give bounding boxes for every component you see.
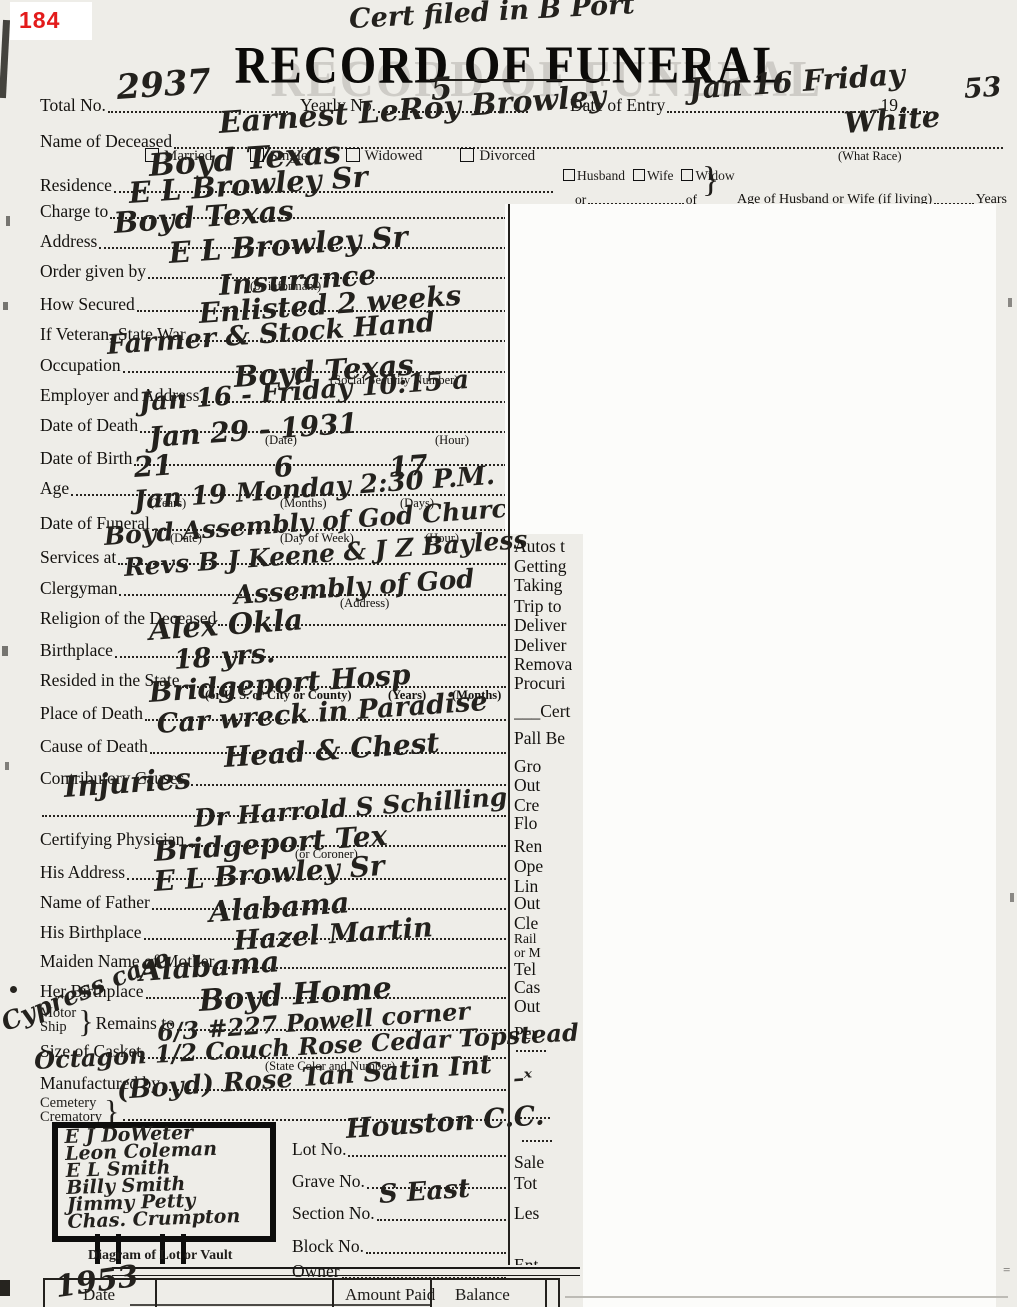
field-label: Name of Father	[40, 892, 150, 913]
clipped-label: Deliver	[514, 635, 566, 656]
field-label: His Address	[40, 862, 125, 883]
field-label: How Secured	[40, 294, 135, 315]
dotted-leader	[516, 1115, 550, 1119]
clipped-label: Out	[514, 775, 540, 796]
overlay-page-blank	[583, 534, 996, 1307]
handwriting-fragment: –ˣ	[514, 1065, 533, 1092]
clipped-label: Out	[514, 893, 540, 914]
field-label: Block No.	[292, 1236, 364, 1257]
clipped-label: Ent	[514, 1255, 538, 1265]
clipped-label: Per	[514, 1023, 537, 1044]
table-column-border	[43, 1278, 45, 1307]
scan-artifact	[3, 302, 8, 310]
page-number: 184	[19, 7, 60, 34]
field-label: Section No.	[292, 1203, 375, 1224]
scan-artifact	[10, 986, 17, 993]
year-value-handwritten: 53	[963, 71, 1003, 105]
scan-artifact	[0, 20, 10, 98]
brace-glyph: }	[700, 166, 721, 192]
table-column-border	[545, 1278, 547, 1307]
clipped-label: Deliver	[514, 615, 566, 636]
pallbearer-names: E J DoWeter Leon Coleman E L Smith Billy…	[64, 1123, 240, 1231]
scan-artifact	[0, 1280, 10, 1296]
field-label: Cause of Death	[40, 736, 148, 757]
overlay-page-blank	[505, 204, 996, 534]
scan-artifact	[5, 762, 9, 770]
dotted-leader	[366, 1250, 506, 1254]
field-label: His Birthplace	[40, 922, 142, 943]
year-handwritten: 1953	[53, 1259, 141, 1305]
clipped-label: Ren	[514, 836, 542, 857]
column-divider-rule	[508, 204, 510, 1265]
field-label: Age	[40, 478, 69, 499]
scanned-funeral-record-page: 184 Cert filed in B Port RECORD OF FUNER…	[0, 0, 1017, 1307]
clipped-label: Gro	[514, 756, 541, 777]
field-value-handwritten: 2937	[115, 61, 212, 108]
table-column-border	[558, 1278, 560, 1307]
field-row: Section No.S East	[292, 1200, 508, 1224]
clipped-label: Pall Be	[514, 728, 565, 749]
field-label: Date of Birth	[40, 448, 132, 469]
checkbox-divorced	[460, 148, 474, 162]
clipped-label: ___Cert	[514, 701, 570, 722]
field-row: Lot No.Houston C.C.	[292, 1136, 508, 1160]
clipped-label: Flo	[514, 813, 537, 834]
clipped-label: Procuri	[514, 673, 566, 694]
field-row: Block No.	[292, 1233, 508, 1257]
field-label: Total No.	[40, 95, 106, 116]
clipped-label: Taking	[514, 575, 562, 596]
scan-artifact	[6, 216, 10, 226]
scan-artifact	[1008, 298, 1012, 307]
age-years-handwritten: 21	[133, 448, 174, 484]
clipped-label: Cas	[514, 977, 540, 998]
overlay-faint-line	[565, 1296, 1008, 1298]
top-margin-note: Cert filed in B Port	[348, 0, 635, 35]
race-handwritten: White	[843, 99, 942, 140]
field-value-handwritten: S East	[378, 1174, 471, 1210]
handwritten-name: Chas. Crumpton	[67, 1208, 240, 1231]
field-label: Place of Death	[40, 703, 143, 724]
checkbox-widow	[681, 169, 693, 181]
field-label: Residence	[40, 175, 112, 196]
field-label-stacked: CemeteryCrematory	[40, 1096, 102, 1124]
field-label: Birthplace	[40, 640, 113, 661]
clipped-label: Out	[514, 996, 540, 1017]
clipped-label: Remova	[514, 654, 572, 675]
double-rule	[112, 1267, 580, 1276]
checkbox-husband	[563, 169, 575, 181]
table-header-balance: Balance	[455, 1285, 510, 1305]
dotted-leader	[522, 1138, 552, 1142]
field-label: Order given by	[40, 261, 146, 282]
clipped-label: Autos t	[514, 536, 565, 557]
field-label: Address	[40, 231, 97, 252]
scan-artifact	[2, 646, 8, 656]
right-column-fragments: Autos t Getting Taking Trip to Deliver D…	[514, 530, 583, 1265]
table-column-border	[155, 1278, 157, 1307]
clipped-label: Trip to	[514, 596, 562, 617]
checkbox-label: Wife	[647, 168, 673, 183]
dotted-leader	[348, 1153, 506, 1157]
dotted-leader	[377, 1217, 506, 1221]
brace-glyph: }	[76, 1008, 95, 1034]
checkbox-label: Divorced	[479, 148, 535, 164]
field-label: Date of Death	[40, 415, 138, 436]
table-header-amount-paid: Amount Paid	[345, 1285, 435, 1305]
clipped-label: Les	[514, 1203, 539, 1224]
field-label: Lot No.	[292, 1139, 346, 1160]
clipped-label: Sale	[514, 1152, 544, 1173]
field-label: Clergyman	[40, 578, 117, 599]
field-label: Grave No.	[292, 1171, 365, 1192]
checkbox-wife	[633, 169, 645, 181]
clipped-label: Ope	[514, 856, 543, 877]
field-label: Charge to	[40, 201, 108, 222]
table-column-border	[332, 1278, 334, 1307]
dotted-leader	[516, 1048, 546, 1052]
clipped-label: Getting	[514, 556, 567, 577]
checkbox-label: Husband	[577, 168, 625, 183]
scan-artifact	[1010, 893, 1014, 902]
checkbox-label: Widowed	[365, 148, 423, 164]
race-caption: (What Race)	[838, 149, 902, 164]
clipped-label: Tot	[514, 1173, 537, 1194]
scan-artifact: =	[1003, 1262, 1010, 1278]
